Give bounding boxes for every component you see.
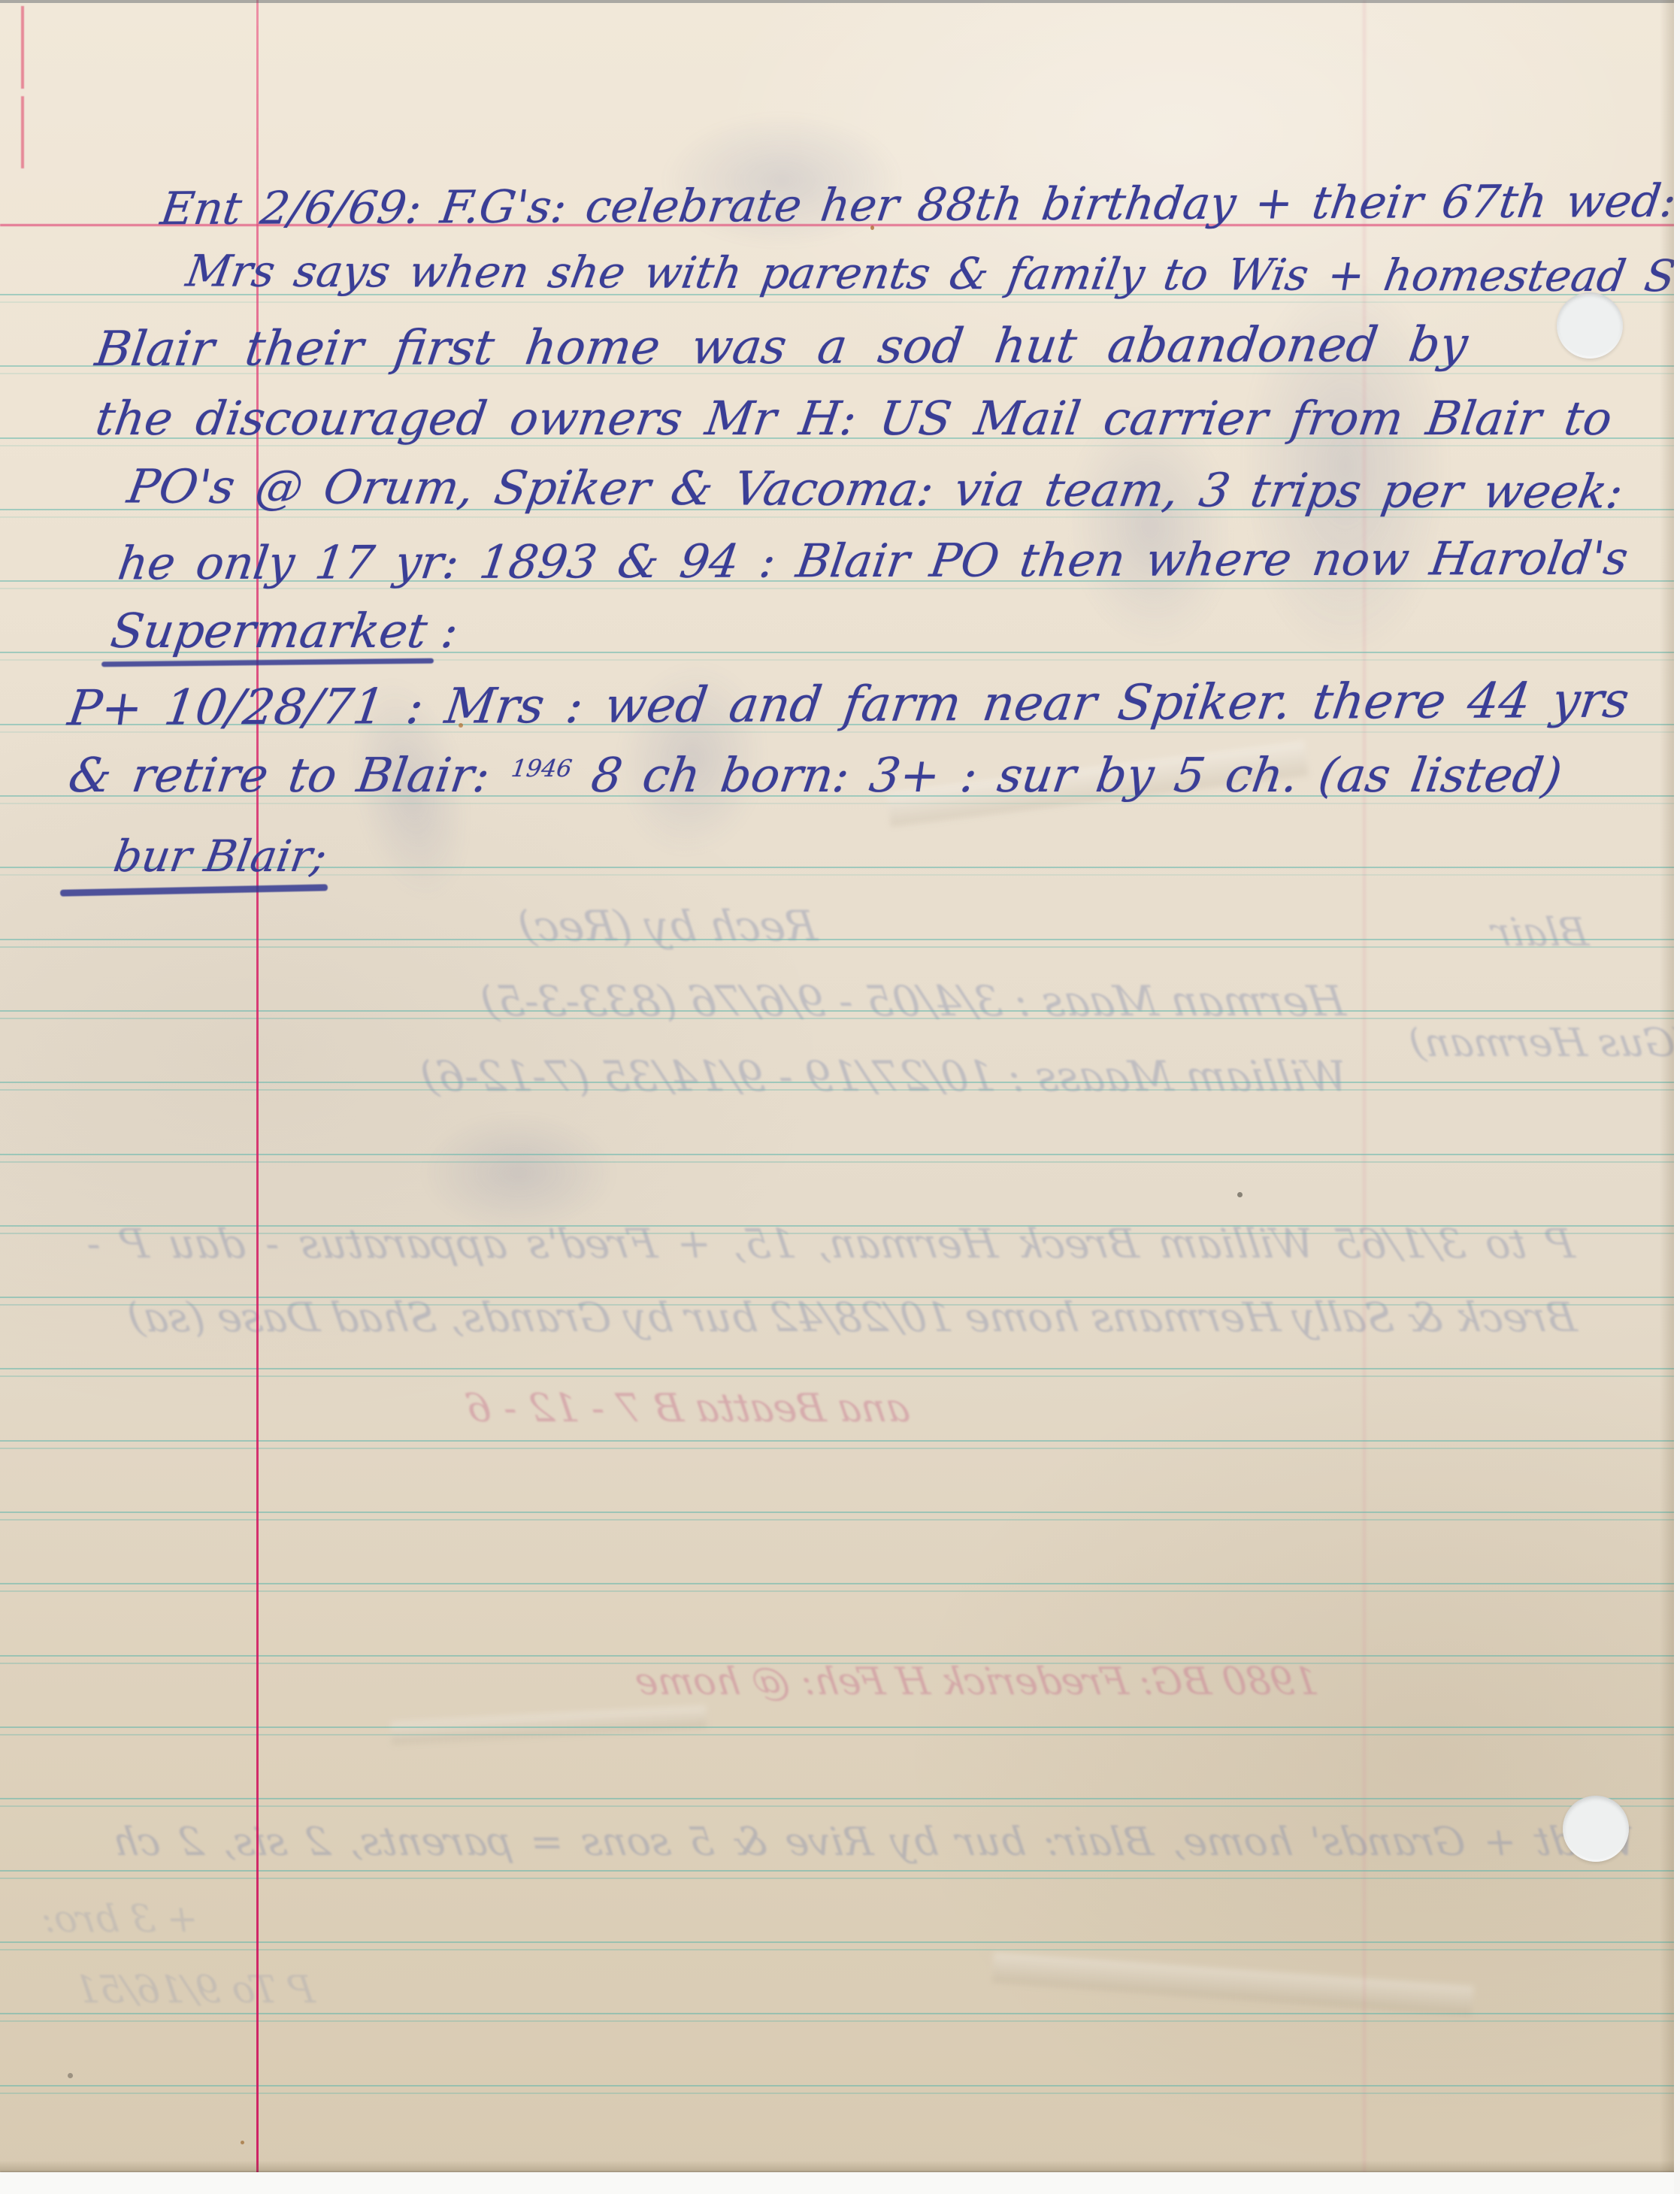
paper-speck	[459, 723, 463, 728]
paper-speck	[870, 225, 874, 230]
ruled-line	[0, 2085, 1674, 2087]
ruled-line-bleed	[0, 301, 1674, 303]
ruled-line	[0, 1583, 1674, 1584]
ruled-line-bleed	[0, 1161, 1674, 1163]
punch-hole	[1557, 292, 1623, 359]
ruled-line	[0, 1798, 1674, 1799]
ruled-line	[0, 939, 1674, 940]
handwriting-line: he only 17 yr: 1893 & 94 : Blair PO then…	[115, 535, 1630, 586]
handwriting-line: Blair their first home was a sod hut aba…	[92, 321, 1470, 374]
ruled-line	[0, 1010, 1674, 1012]
handwriting-line: PO's @ Orum, Spiker & Vacoma: via team, …	[125, 464, 1627, 516]
ruled-line	[0, 1154, 1674, 1155]
ruled-line	[0, 1941, 1674, 1943]
ruled-line	[0, 1655, 1674, 1657]
ruled-line-bleed	[0, 1233, 1674, 1234]
paper-speck	[1237, 1192, 1243, 1197]
ruled-line-bleed	[0, 1304, 1674, 1306]
scan-edge-bottom	[0, 2172, 1680, 2194]
handwriting-line: Ent 2/6/69: F.G's: celebrate her 88th bi…	[158, 179, 1678, 232]
ruled-line-bleed	[0, 1519, 1674, 1521]
ruled-line	[0, 1368, 1674, 1369]
ruled-line-bleed	[0, 2093, 1674, 2094]
ruled-line-bleed	[0, 803, 1674, 804]
paper-speck	[241, 2141, 244, 2144]
ruled-line	[0, 1297, 1674, 1298]
ruled-line-bleed	[0, 1878, 1674, 1879]
handwriting-line: the discouraged owners Mr H: US Mail car…	[93, 395, 1615, 442]
ruled-line	[0, 2013, 1674, 2014]
handwriting-superscript: 1946	[510, 755, 574, 782]
ruled-line-bleed	[0, 2020, 1674, 2022]
ruled-line-bleed	[0, 1663, 1674, 1664]
ruled-line-bleed	[0, 1734, 1674, 1736]
ruled-line	[0, 1225, 1674, 1227]
edge-red-mark	[21, 96, 24, 168]
paper-right-shadow	[1660, 0, 1674, 2194]
ruled-line-bleed	[0, 1949, 1674, 1950]
paper-speck	[68, 2073, 73, 2078]
notebook-page: Rech by (Rec) Blair Herman Maas : 3/4/05…	[0, 0, 1680, 2194]
edge-red-mark	[21, 6, 24, 89]
handwriting-line: P+ 10/28/71 : Mrs : wed and farm near Sp…	[65, 676, 1632, 734]
scan-edge-right	[1674, 0, 1680, 2194]
handwriting-line: Mrs says when she with parents & family …	[183, 249, 1680, 298]
handwriting-line: Supermarket :	[108, 607, 462, 655]
scan-edge-top	[0, 0, 1680, 3]
handwriting-line: bur Blair;	[110, 834, 329, 878]
ruled-line-bleed	[0, 1089, 1674, 1091]
ruled-line-bleed	[0, 1448, 1674, 1449]
ruled-line-bleed	[0, 1375, 1674, 1377]
handwriting-segment: & retire to Blair:	[65, 748, 514, 803]
handwriting-line: & retire to Blair: 1946 8 ch born: 3+ : …	[66, 752, 1565, 799]
ruled-line	[0, 1512, 1674, 1513]
ruled-line-bleed	[0, 1590, 1674, 1592]
ruled-line	[0, 1870, 1674, 1872]
ruled-line	[0, 1726, 1674, 1728]
ruled-line	[0, 1440, 1674, 1442]
ruled-line	[0, 1082, 1674, 1083]
ruled-line-bleed	[0, 1805, 1674, 1807]
paper-bottom-shadow	[0, 2160, 1680, 2172]
ruled-line-bleed	[0, 1018, 1674, 1019]
ruled-line-bleed	[0, 946, 1674, 948]
handwriting-segment: 8 ch born: 3+ : sur by 5 ch. (as listed)	[567, 748, 1565, 803]
punch-hole	[1563, 1796, 1629, 1862]
